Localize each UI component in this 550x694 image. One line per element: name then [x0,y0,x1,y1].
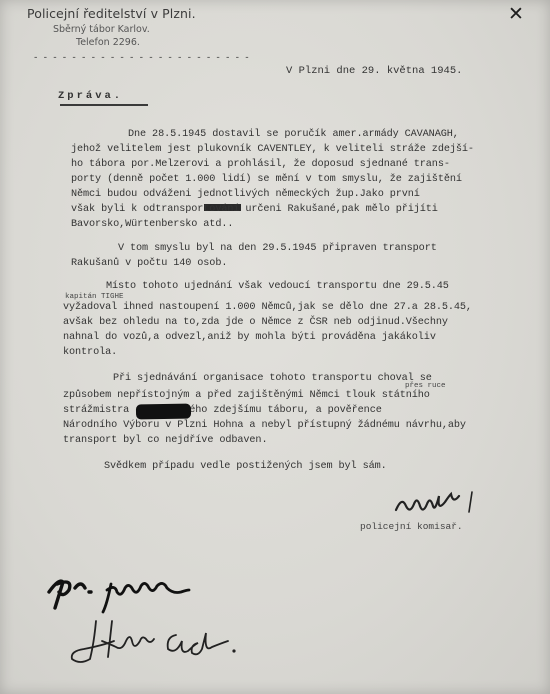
body-line: Dne 28.5.1945 dostavil se poručík amer.a… [128,129,459,140]
redaction-block [136,404,191,420]
body-line: transport byl co nejdříve odbaven. [63,435,267,446]
interlinear-note: přes ruce [405,382,446,390]
letterhead-phone: Telefon 2296. [76,37,140,48]
body-line: vyžadoval ihned nastoupení 1.000 Němců,j… [63,302,472,313]
body-line: Rakušanů v počtu 140 osob. [71,258,227,269]
body-line: strážmistra ,přiděleného zdejšímu táboru… [63,405,382,416]
body-line: Němci budou odváženi jednotlivých německ… [71,189,420,200]
body-line: Místo tohoto ujednání však vedoucí trans… [106,281,449,292]
body-line: Při sjednávání organisace tohoto transpo… [113,373,432,384]
letterhead-rule: - - - - - - - - - - - - - - - - - - - - … [33,53,249,63]
body-line: porty (denně počet 1.000 lidí) se mění v… [71,174,462,185]
second-handwritten-signature [68,615,248,670]
body-line: kontrola. [63,347,117,358]
body-line: způsobem nepřístojným a před zajištěnými… [63,390,430,401]
document-title: Zpráva. [58,90,123,102]
commissioner-signature [390,488,490,520]
document-page: Policejní ředitelství v Plzni. Sběrný tá… [0,0,550,694]
signatory-title: policejní komisař. [360,521,463,532]
body-line: avšak bez ohledu na to,zda jde o Němce z… [63,317,448,328]
body-line: nahnal do vozů,a odvezl,aniž by mohla bý… [63,332,436,343]
body-line: však byli k odtransportování určeni Raku… [71,204,438,215]
body-line: jehož velitelem jest plukovník CAVENTLEY… [71,144,474,155]
interlinear-note: kapitán TIGHE [65,293,124,301]
letterhead-office: Policejní ředitelství v Plzni. [27,6,196,21]
body-line: V tom smyslu byl na den 29.5.1945 připra… [118,243,437,254]
body-line: Národního Výboru v Plzni Hohna a nebyl p… [63,420,466,431]
body-line: Bavorsko,Würtenbersko atd.. [71,219,233,230]
body-line: ho tábora por.Melzerovi a prohlásil, že … [71,159,450,170]
letterhead-camp: Sběrný tábor Karlov. [53,24,150,35]
first-handwritten-signature [45,570,225,620]
document-date: V Plzni dne 29. května 1945. [286,65,462,77]
title-underline [60,104,148,106]
body-line: Svědkem případu vedle postižených jsem b… [104,461,387,472]
cross-mark-icon: ✕ [508,3,524,25]
